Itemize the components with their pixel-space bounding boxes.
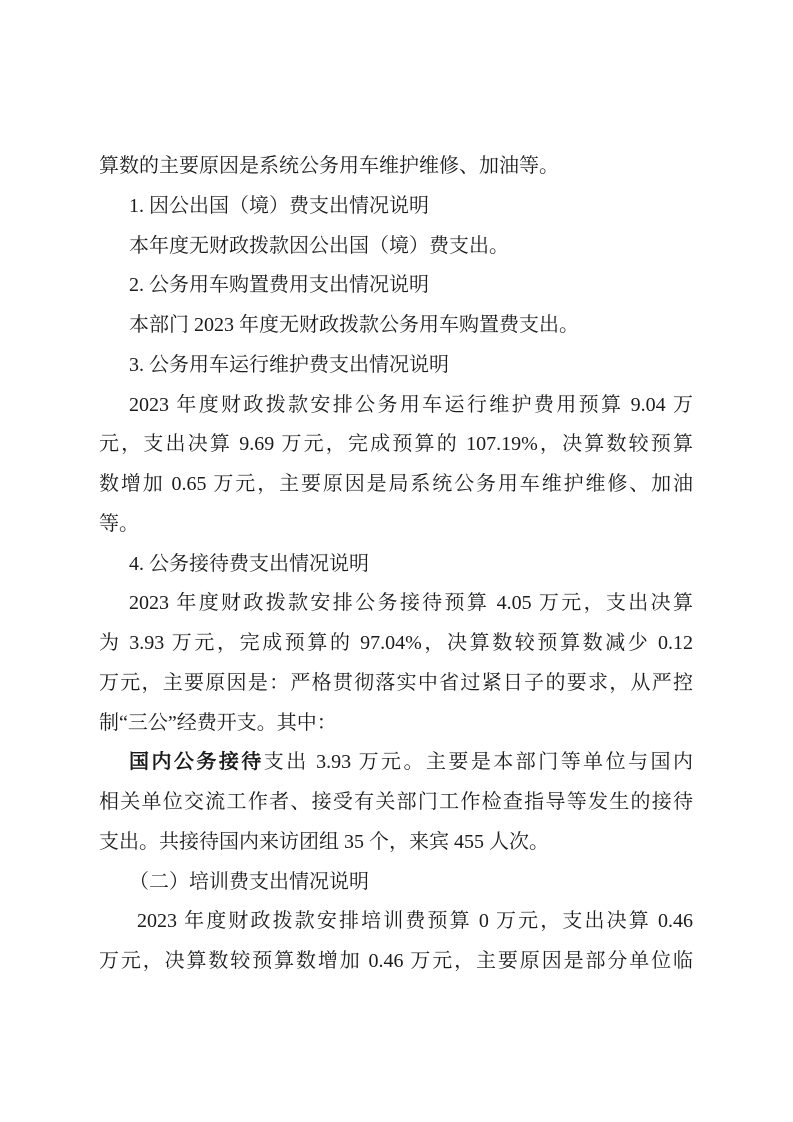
text-block: 算数的主要原因是系统公务用车维护维修、加油等。1. 因公出国（境）费支出情况说明… <box>99 147 693 982</box>
text-run: 万元，主要原因是：严格贯彻落实中省过紧日子的要求，从严控 <box>99 672 693 694</box>
text-run: 数增加 0.65 万元，主要原因是局系统公务用车维护维修、加油 <box>99 473 693 495</box>
text-run: 2023 年度财政拨款安排公务用车运行维护费用预算 9.04 万 <box>129 394 693 416</box>
text-run: 支出 3.93 万元。主要是本部门等单位与国内 <box>264 751 693 773</box>
heading-section2-training: （二）培训费支出情况说明 <box>99 863 693 903</box>
bold-run: 国内公务接待 <box>129 751 264 773</box>
text-line: 等。 <box>99 505 693 545</box>
text-line: 万元，决算数较预算数增加 0.46 万元，主要原因是部分单位临 <box>99 942 693 982</box>
text-line: 为 3.93 万元，完成预算的 97.04%，决算数较预算数减少 0.12 <box>99 624 693 664</box>
para-vehicle-maintenance: 2023 年度财政拨款安排公务用车运行维护费用预算 9.04 万元，支出决算 9… <box>99 386 693 545</box>
document-page: 算数的主要原因是系统公务用车维护维修、加油等。1. 因公出国（境）费支出情况说明… <box>0 0 793 1122</box>
text-line: （二）培训费支出情况说明 <box>99 863 693 903</box>
heading-4-official-reception: 4. 公务接待费支出情况说明 <box>99 545 693 585</box>
text-line: 3. 公务用车运行维护费支出情况说明 <box>99 346 693 386</box>
text-run: 本年度无财政拨款因公出国（境）费支出。 <box>129 235 509 257</box>
text-line: 2. 公务用车购置费用支出情况说明 <box>99 266 693 306</box>
text-run: 万元，决算数较预算数增加 0.46 万元，主要原因是部分单位临 <box>99 950 693 972</box>
text-run: （二）培训费支出情况说明 <box>129 871 369 893</box>
text-run: 1. 因公出国（境）费支出情况说明 <box>129 195 429 217</box>
text-line: 相关单位交流工作者、接受有关部门工作检查指导等发生的接待 <box>99 783 693 823</box>
text-run: 4. 公务接待费支出情况说明 <box>129 553 369 575</box>
text-run: 支出。共接待国内来访团组 35 个，来宾 455 人次。 <box>99 831 549 853</box>
para-official-reception: 2023 年度财政拨款安排公务接待预算 4.05 万元，支出决算为 3.93 万… <box>99 584 693 743</box>
text-run: 元，支出决算 9.69 万元，完成预算的 107.19%，决算数较预算 <box>99 433 693 455</box>
text-line: 国内公务接待支出 3.93 万元。主要是本部门等单位与国内 <box>99 743 693 783</box>
text-line: 2023 年度财政拨款安排公务用车运行维护费用预算 9.04 万 <box>99 386 693 426</box>
text-run: 相关单位交流工作者、接受有关部门工作检查指导等发生的接待 <box>99 791 693 813</box>
text-run: 2023 年度财政拨款安排培训费预算 0 万元，支出决算 0.46 <box>137 910 693 932</box>
para-abroad-expense: 本年度无财政拨款因公出国（境）费支出。 <box>99 227 693 267</box>
text-line: 本部门 2023 年度无财政拨款公务用车购置费支出。 <box>99 306 693 346</box>
text-line: 算数的主要原因是系统公务用车维护维修、加油等。 <box>99 147 693 187</box>
para-training-expense: 2023 年度财政拨款安排培训费预算 0 万元，支出决算 0.46万元，决算数较… <box>99 902 693 982</box>
text-line: 支出。共接待国内来访团组 35 个，来宾 455 人次。 <box>99 823 693 863</box>
text-run: 2. 公务用车购置费用支出情况说明 <box>129 274 429 296</box>
text-line: 1. 因公出国（境）费支出情况说明 <box>99 187 693 227</box>
text-run: 制“三公”经费开支。其中： <box>99 712 337 734</box>
text-run: 等。 <box>99 513 139 535</box>
heading-2-vehicle-purchase: 2. 公务用车购置费用支出情况说明 <box>99 266 693 306</box>
text-line: 4. 公务接待费支出情况说明 <box>99 545 693 585</box>
heading-3-vehicle-maintenance: 3. 公务用车运行维护费支出情况说明 <box>99 346 693 386</box>
text-run: 2023 年度财政拨款安排公务接待预算 4.05 万元，支出决算 <box>129 592 693 614</box>
text-line: 万元，主要原因是：严格贯彻落实中省过紧日子的要求，从严控 <box>99 664 693 704</box>
text-line: 2023 年度财政拨款安排培训费预算 0 万元，支出决算 0.46 <box>99 902 693 942</box>
text-run: 为 3.93 万元，完成预算的 97.04%，决算数较预算数减少 0.12 <box>99 632 693 654</box>
text-run: 3. 公务用车运行维护费支出情况说明 <box>129 354 449 376</box>
para-vehicle-purchase: 本部门 2023 年度无财政拨款公务用车购置费支出。 <box>99 306 693 346</box>
heading-1-abroad-expense: 1. 因公出国（境）费支出情况说明 <box>99 187 693 227</box>
text-run: 算数的主要原因是系统公务用车维护维修、加油等。 <box>99 155 559 177</box>
text-line: 制“三公”经费开支。其中： <box>99 704 693 744</box>
text-line: 元，支出决算 9.69 万元，完成预算的 107.19%，决算数较预算 <box>99 425 693 465</box>
text-line: 本年度无财政拨款因公出国（境）费支出。 <box>99 227 693 267</box>
text-run: 本部门 2023 年度无财政拨款公务用车购置费支出。 <box>129 314 579 336</box>
para-domestic-reception: 国内公务接待支出 3.93 万元。主要是本部门等单位与国内相关单位交流工作者、接… <box>99 743 693 862</box>
para-carryover-reason: 算数的主要原因是系统公务用车维护维修、加油等。 <box>99 147 693 187</box>
text-line: 2023 年度财政拨款安排公务接待预算 4.05 万元，支出决算 <box>99 584 693 624</box>
text-line: 数增加 0.65 万元，主要原因是局系统公务用车维护维修、加油 <box>99 465 693 505</box>
